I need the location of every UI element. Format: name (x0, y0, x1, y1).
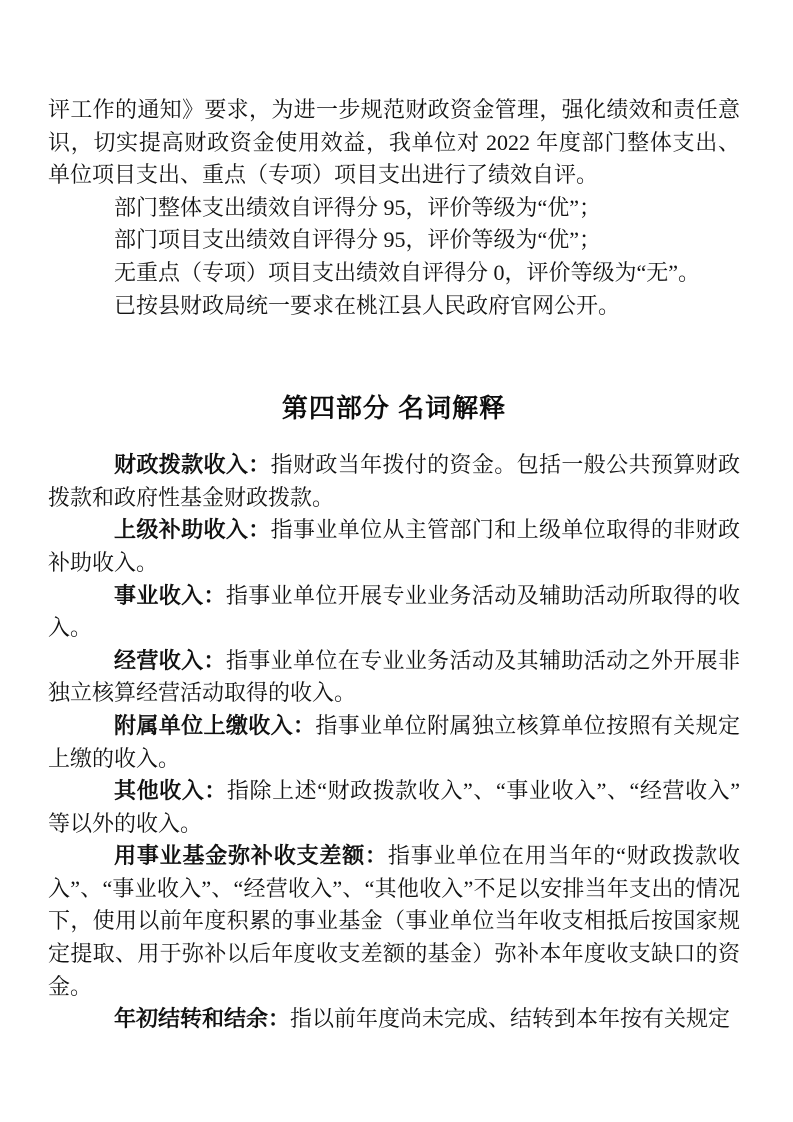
glossary-term: 年初结转和结余： (114, 1006, 290, 1031)
glossary-item: 事业收入：指事业单位开展专业业务活动及辅助活动所取得的收入。 (48, 580, 740, 645)
glossary-section: 财政拨款收入：指财政当年拨付的资金。包括一般公共预算财政拨款和政府性基金财政拨款… (48, 449, 740, 1036)
glossary-definition: 指以前年度尚未完成、结转到本年按有关规定 (290, 1006, 730, 1031)
glossary-term: 附属单位上缴收入： (114, 713, 315, 738)
glossary-term: 用事业基金弥补收支差额： (114, 843, 388, 868)
paragraph: 已按县财政局统一要求在桃江县人民政府官网公开。 (48, 290, 740, 323)
paragraph: 评工作的通知》要求，为进一步规范财政资金管理，强化绩效和责任意识，切实提高财政资… (48, 94, 740, 192)
glossary-term: 上级补助收入： (114, 517, 271, 542)
intro-section: 评工作的通知》要求，为进一步规范财政资金管理，强化绩效和责任意识，切实提高财政资… (48, 94, 740, 322)
glossary-term: 财政拨款收入： (114, 452, 271, 477)
glossary-item: 财政拨款收入：指财政当年拨付的资金。包括一般公共预算财政拨款和政府性基金财政拨款… (48, 449, 740, 514)
glossary-item: 其他收入：指除上述“财政拨款收入”、“事业收入”、“经营收入”等以外的收入。 (48, 775, 740, 840)
glossary-term: 经营收入： (114, 648, 226, 673)
glossary-term: 事业收入： (114, 583, 226, 608)
glossary-item: 上级补助收入：指事业单位从主管部门和上级单位取得的非财政补助收入。 (48, 514, 740, 579)
document-page: 评工作的通知》要求，为进一步规范财政资金管理，强化绩效和责任意识，切实提高财政资… (0, 0, 793, 1122)
glossary-item: 附属单位上缴收入：指事业单位附属独立核算单位按照有关规定上缴的收入。 (48, 710, 740, 775)
paragraph: 无重点（专项）项目支出绩效自评得分 0，评价等级为“无”。 (48, 257, 740, 290)
paragraph: 部门整体支出绩效自评得分 95，评价等级为“优”； (48, 192, 740, 225)
paragraph: 部门项目支出绩效自评得分 95，评价等级为“优”； (48, 224, 740, 257)
glossary-term: 其他收入： (114, 778, 227, 803)
glossary-item: 经营收入：指事业单位在专业业务活动及其辅助活动之外开展非独立核算经营活动取得的收… (48, 645, 740, 710)
glossary-item: 用事业基金弥补收支差额：指事业单位在用当年的“财政拨款收入”、“事业收入”、“经… (48, 840, 740, 1003)
glossary-item: 年初结转和结余：指以前年度尚未完成、结转到本年按有关规定 (48, 1003, 740, 1036)
section-heading: 第四部分 名词解释 (48, 393, 740, 423)
